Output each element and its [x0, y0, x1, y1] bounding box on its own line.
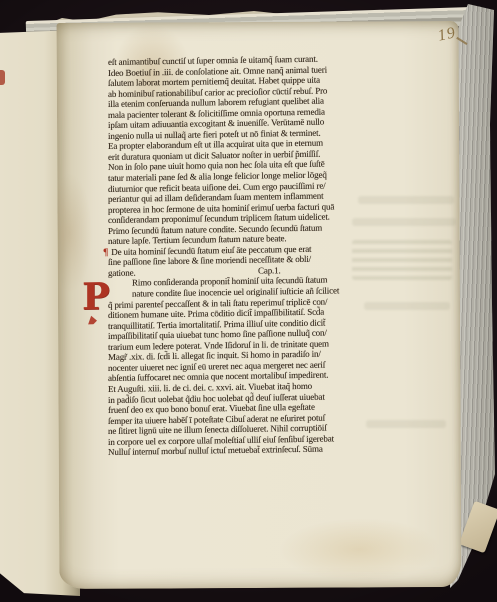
text-para-2-lines: nature condite ſiue inocencie uel origin… — [108, 285, 362, 458]
text-line: gatione. — [108, 268, 136, 278]
paragraph-mark: ¶ — [103, 247, 108, 258]
bleedthrough-smudge — [364, 302, 450, 310]
chapter-label: Cap.1. — [258, 265, 281, 276]
bleedthrough-smudge — [352, 240, 452, 280]
drop-cap-initial: P — [82, 276, 110, 316]
bleedthrough-smudge — [352, 218, 456, 226]
red-rubric-edge-mark — [0, 70, 5, 85]
latin-text-block: eſt animantibuſ cunctiſ ut ſuper omnia ſ… — [108, 53, 362, 458]
text-para-1: eſt animantibuſ cunctiſ ut ſuper omnia ſ… — [108, 53, 362, 247]
photo-background: 19 eſt animantibuſ cunctiſ ut ſuper omni… — [0, 0, 497, 602]
bleedthrough-smudge — [366, 420, 446, 428]
bleedthrough-smudge — [358, 196, 454, 204]
text-para-2: P Rimo conſideranda proponit̃ hominiſ ui… — [108, 274, 362, 457]
folio-number: 19 — [436, 24, 457, 45]
